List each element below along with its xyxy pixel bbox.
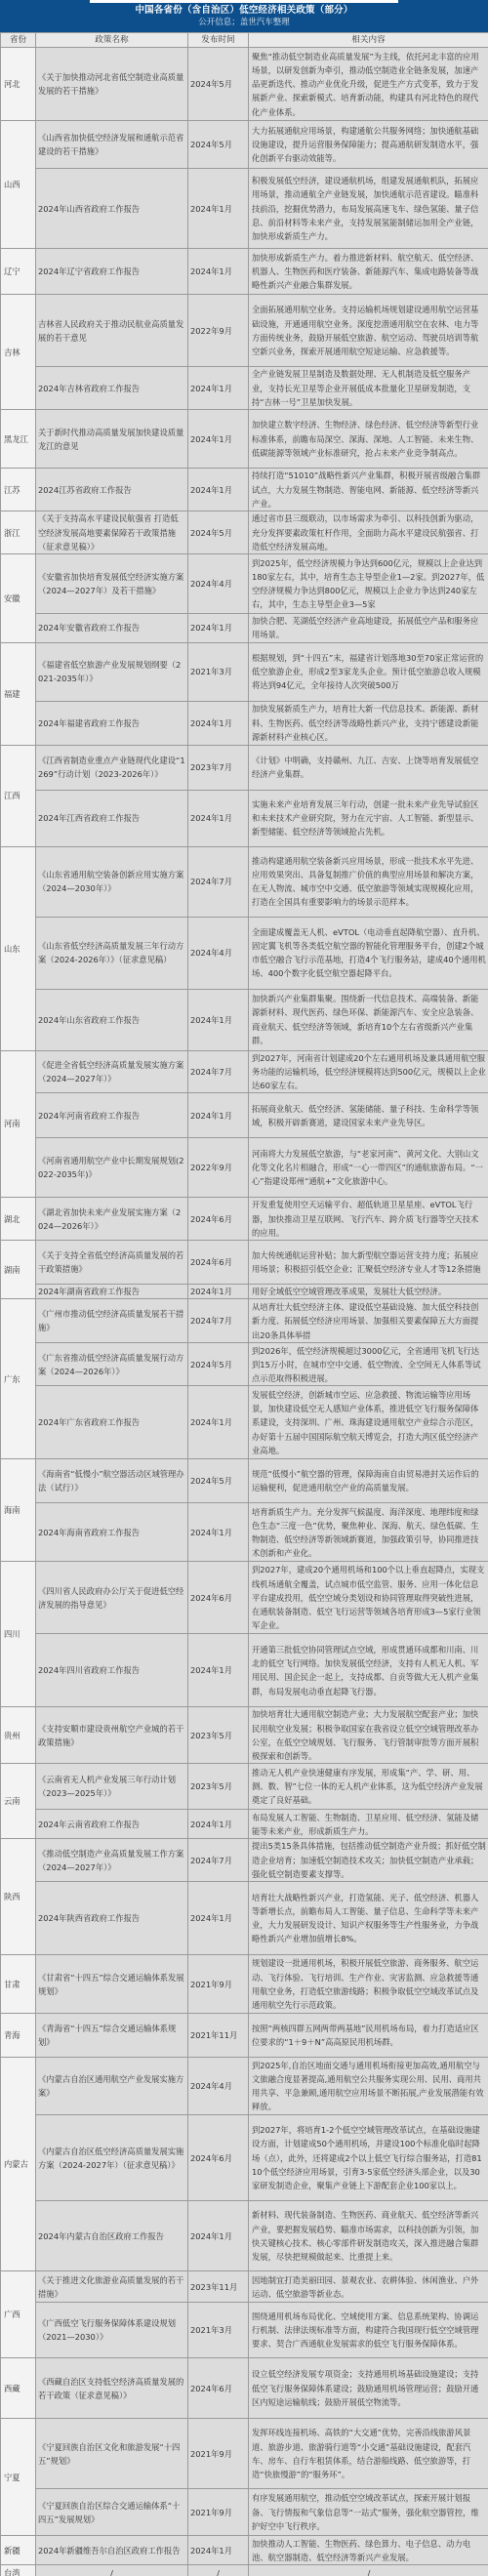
table-row: 2024年山东省政府工作报告2024年1月加快新兴产业集群集聚。围绕新一代信息技…	[1, 989, 488, 1050]
cell-date: 2024年7月	[188, 1050, 249, 1093]
cell-content: 推动无人机产业快速健康有序发展，形成集“产、学、研、用、测、数、智”七位一体的无…	[249, 1764, 488, 1810]
cell-policy: 2024年山西省政府工作报告	[36, 169, 188, 249]
table-row: 《内蒙古自治区低空经济高质量发展实施方案（2024-2027年）（征求意见稿）》…	[1, 2115, 488, 2201]
cell-province: 湖南	[1, 1241, 36, 1299]
cell-policy: 2024年四川省政府工作报告	[36, 1634, 188, 1707]
cell-date: 2024年4月	[188, 917, 249, 989]
table-row: 云南《云南省无人机产业发展三年行动计划（2023—2025年）》2023年5月推…	[1, 1764, 488, 1810]
table-row: 2024年湖南省政府工作报告2024年1月用好全域低空空域管理改革成果，发展壮大…	[1, 1285, 488, 1299]
table-row: 2024年福建省政府工作报告2024年1月加快发展新质生产力，培育壮大新一代信息…	[1, 701, 488, 745]
cell-policy: 2024年吉林省政府工作报告	[36, 367, 188, 410]
cell-date: 2024年1月	[188, 367, 249, 410]
cell-content: 到2026年，低空经济规模超过3000亿元，全省通用飞机飞行达到15万小时，在城…	[249, 1343, 488, 1386]
cell-policy: 2024年海南省政府工作报告	[36, 1503, 188, 1562]
cell-content: 通过省市县三级联动，以市场需求为牵引、以科技创新为驱动，充分发挥要素政策杠杆作用…	[249, 511, 488, 554]
cell-content: 开发重复使用空天运输平台、超低轨道卫星星座、eVTOL飞行器，加快推动卫星互联网…	[249, 1198, 488, 1241]
cell-province: 甘肃	[1, 1955, 36, 2014]
cell-policy: 《云南省无人机产业发展三年行动计划（2023—2025年）》	[36, 1764, 188, 1810]
cell-policy: 《广西低空飞行服务保障体系建设规划（2021—2030）》	[36, 2303, 188, 2358]
table-row: 广东《广州市推动低空经济高质量发展若干措施》2024年7月从培育壮大低空经济主体…	[1, 1299, 488, 1343]
cell-policy: 《关于支持全省低空经济高质量发展的若干政策措施》	[36, 1241, 188, 1285]
cell-content: /	[249, 2565, 488, 2576]
cell-date: 2024年1月	[188, 169, 249, 249]
cell-content: 加快合肥、芜湖低空经济产业高地建设，拓展低空产品和服务应用场景。	[249, 614, 488, 642]
table-row: 《宁夏回族自治区综合交通运输体系“十四五”发展规划》2021年9月有序发展通用航…	[1, 2489, 488, 2536]
cell-content: 全面建成覆盖无人机、eVTOL（电动垂直起降航空器）、直升机、固定翼飞机等各类低…	[249, 917, 488, 989]
cell-policy: 《湖北省加快未来产业发展实施方案（2024—2026年）》	[36, 1198, 188, 1241]
table-row: 广西《关于推进文化旅游业高质量发展的若干措施》2023年11月因地制宜打造美丽田…	[1, 2271, 488, 2303]
cell-date: 2022年9月	[188, 295, 249, 367]
cell-content: 实施未来产业培育发展三年行动，创建一批未来产业先导试验区和未来技术产业研究院，努…	[249, 790, 488, 846]
cell-policy: 2024年广东省政府工作报告	[36, 1386, 188, 1459]
cell-province: 海南	[1, 1459, 36, 1562]
cell-content: 围绕通用机场布局优化、空域使用方案、信息系统架构、协调运行机制、法律法规标准等方…	[249, 2303, 488, 2358]
cell-date: 2024年1月	[188, 2536, 249, 2565]
cell-province: 江苏	[1, 469, 36, 511]
cell-policy: 《关于支持高水平建设民航强省 打造低空经济发展高地要素保障若干政策措施（征求意见…	[36, 511, 188, 554]
cell-policy: 2024年山东省政府工作报告	[36, 989, 188, 1050]
cell-date: 2024年1月	[188, 410, 249, 469]
cell-policy: 2024年云南省政府工作报告	[36, 1810, 188, 1839]
cell-date: 2024年5月	[188, 48, 249, 121]
cell-date: 2024年7月	[188, 846, 249, 917]
cell-policy: 《福建省低空旅游产业发展规划纲要（2021-2035年）》	[36, 642, 188, 701]
cell-content: 拓展商业航天、低空经济、氢能储能、量子科技、生命科学等领域，积极开辟新赛道，建设…	[249, 1093, 488, 1138]
cell-content: 全面拓展通用航空业务。支持运输机场规划建设通用航空运营基础设施，开通通用航空业务…	[249, 295, 488, 367]
table-body: 河北《关于加快推动河北省低空制造业高质量发展的若干措施》2024年5月聚焦“推动…	[1, 48, 488, 2576]
table-row: 2024年四川省政府工作报告2024年1月开通第三批低空协同管理试点空域，形成贯…	[1, 1634, 488, 1707]
table-row: 福建《福建省低空旅游产业发展规划纲要（2021-2035年）》2021年3月根据…	[1, 642, 488, 701]
cell-date: 2024年1月	[188, 1285, 249, 1299]
cell-policy: 2024年新疆维吾尔自治区政府工作报告	[36, 2536, 188, 2565]
cell-province: 青海	[1, 2014, 36, 2058]
header-date: 发布时间	[188, 33, 249, 48]
cell-policy: 《促进全省低空经济高质量发展实施方案（2024—2027年）》	[36, 1050, 188, 1093]
cell-province: 河南	[1, 1050, 36, 1198]
cell-date: 2024年4月	[188, 554, 249, 614]
table-row: 《广东省推动低空经济高质量发展行动方案（2024—2026年）》2024年5月到…	[1, 1343, 488, 1386]
cell-province: 陕西	[1, 1839, 36, 1955]
cell-province: 浙江	[1, 511, 36, 554]
cell-policy: 《内蒙古自治区低空经济高质量发展实施方案（2024-2027年）（征求意见稿）》	[36, 2115, 188, 2201]
cell-province: 辽宁	[1, 249, 36, 295]
cell-content: 规范“低慢小”航空器的管理，保障海南自由贸易港封关运作后的运输便利，促进通用航空…	[249, 1459, 488, 1503]
cell-province: 山西	[1, 121, 36, 249]
cell-date: 2021年9月	[188, 1955, 249, 2014]
cell-province: 福建	[1, 642, 36, 745]
cell-date: 2021年9月	[188, 2419, 249, 2489]
table-row: 黑龙江关于新时代推动高质量发展加快建设质量龙江的意见2024年1月加快建立数字经…	[1, 410, 488, 469]
cell-policy: 吉林省人民政府关于推动民航业高质量发展的若干意见	[36, 295, 188, 367]
cell-policy: 《山东省通用航空装备创新应用实施方案（2024—2030年）》	[36, 846, 188, 917]
cell-policy: 《海南省“低慢小”航空器活动区域管理办法（试行）》	[36, 1459, 188, 1503]
cell-date: 2021年3月	[188, 642, 249, 701]
cell-date: 2024年1月	[188, 1810, 249, 1839]
cell-province: 广东	[1, 1299, 36, 1459]
cell-province: 湖北	[1, 1198, 36, 1241]
cell-policy: 2024年福建省政府工作报告	[36, 701, 188, 745]
cell-date: 2023年5月	[188, 1707, 249, 1764]
cell-content: 到2025年,自治区地面交通与通用机场衔接更加高效,通用航空与文旅融合度显著提高…	[249, 2058, 488, 2115]
cell-policy: 《广州市推动低空经济高质量发展若干措施》	[36, 1299, 188, 1343]
table-row: 江苏2024江苏省政府工作报告2024年1月持续打造“51010”战略性新兴产业…	[1, 469, 488, 511]
cell-policy: 《关于推进文化旅游业高质量发展的若干措施》	[36, 2271, 188, 2303]
table-row: 安徽《安徽省加快培育发展低空经济实施方案（2024—2027年）及若干措施》20…	[1, 554, 488, 614]
cell-date: 2024年1月	[188, 2201, 249, 2271]
cell-content: 规划建设一批通用机场，积极开展低空旅游、商务服务、航空运动、飞行体验、飞行培训、…	[249, 1955, 488, 2014]
table-row: 宁夏《宁夏回族自治区文化和旅游发展“十四五”规划》2021年9月发挥环线连接机场…	[1, 2419, 488, 2489]
header-row: 省份 政策名称 发布时间 相关内容	[1, 33, 488, 48]
cell-date: 2024年5月	[188, 1459, 249, 1503]
cell-policy: 《宁夏回族自治区综合交通运输体系“十四五”发展规划》	[36, 2489, 188, 2536]
cell-date: 2024年1月	[188, 989, 249, 1050]
cell-province: 广西	[1, 2271, 36, 2358]
cell-content: 提出5类15条具体措施，包括推动低空制造产业升级；抓好低空制造企业培育；加速低空…	[249, 1839, 488, 1882]
cell-content: 设立低空经济发展专项资金；支持通用机场基础设施建设；支持低空飞行服务保障体系建设…	[249, 2358, 488, 2419]
cell-province: 黑龙江	[1, 410, 36, 469]
table-row: 湖南《关于支持全省低空经济高质量发展的若干政策措施》2024年6月加大传统通航运…	[1, 1241, 488, 1285]
cell-date: 2022年9月	[188, 1138, 249, 1198]
cell-content: 河南将大力发展低空旅游，与“老家河南”、黄河文化、大别山文化等文化名片相融合，形…	[249, 1138, 488, 1198]
table-row: 青海《青海省“十四五”综合交通运输体系规划》2021年11月按照“两核四群五网两…	[1, 2014, 488, 2058]
cell-policy: 《支持安顺市建设贵州航空产业城的若干政策措施》	[36, 1707, 188, 1764]
cell-content: 发挥环线连接机场、高铁的“大交通”优势，完善沿线旅游风景道、旅游步道、旅游骑行道…	[249, 2419, 488, 2489]
cell-date: 2024年1月	[188, 1882, 249, 1955]
cell-policy: 《内蒙古自治区通用航空产业发展实施方案》	[36, 2058, 188, 2115]
cell-policy: 2024年湖南省政府工作报告	[36, 1285, 188, 1299]
cell-content: 根据规划，到“十四五”末，福建省计划落地30至70家正常运营的低空旅游企业，形成…	[249, 642, 488, 701]
cell-policy: 《西藏自治区支持低空经济高质量发展的若干政策（征求意见稿）》	[36, 2358, 188, 2419]
policy-table: 省份 政策名称 发布时间 相关内容 河北《关于加快推动河北省低空制造业高质量发展…	[0, 32, 488, 2576]
cell-content: 到2027年，将培育1-2个低空空域管理改革试点，在基础设施建设方面，计划建成5…	[249, 2115, 488, 2201]
cell-content: 有序发展通用航空，推动低空空域改革试点，探索开展计划报备、飞行情报和气象信息等“…	[249, 2489, 488, 2536]
cell-province: 安徽	[1, 554, 36, 642]
table-row: 《广西低空飞行服务保障体系建设规划（2021—2030）》2021年3月围绕通用…	[1, 2303, 488, 2358]
cell-date: 2024年1月	[188, 249, 249, 295]
cell-date: 2024年4月	[188, 2058, 249, 2115]
table-row: 西藏《西藏自治区支持低空经济高质量发展的若干政策（征求意见稿）》2024年6月设…	[1, 2358, 488, 2419]
cell-content: 加快建立数字经济、生物经济、绿色经济、低空经济等新型行业标准体系，前瞻布局深空、…	[249, 410, 488, 469]
cell-content: 用好全域低空空域管理改革成果，发展壮大低空经济。	[249, 1285, 488, 1299]
table-row: 贵州《支持安顺市建设贵州航空产业城的若干政策措施》2023年5月加快培育壮大通用…	[1, 1707, 488, 1764]
cell-content: 新材料、现代装备制造、生物医药、商业航天、低空经济等新兴产业，要把握发展趋势、瞄…	[249, 2201, 488, 2271]
cell-date: 2024年6月	[188, 2358, 249, 2419]
table-row: 2024年内蒙古自治区政府工作报告2024年1月新材料、现代装备制造、生物医药、…	[1, 2201, 488, 2271]
cell-content: 发展低空经济，创新城市空运、应急救援、物流运输等应用场景，加快建设低空无人感知产…	[249, 1386, 488, 1459]
cell-date: 2021年9月	[188, 2489, 249, 2536]
cell-date: 2024年7月	[188, 1299, 249, 1343]
cell-province: 内蒙古	[1, 2058, 36, 2271]
cell-content: 加快推动人工智能、生物医药、绿色算力、电子信息、动力电池、航空器制造、低空经济等…	[249, 2536, 488, 2565]
cell-date: /	[188, 2565, 249, 2576]
cell-date: 2024年7月	[188, 1839, 249, 1882]
table-row: 2024年河南省政府工作报告2024年1月拓展商业航天、低空经济、氢能储能、量子…	[1, 1093, 488, 1138]
cell-province: 江西	[1, 745, 36, 846]
cell-policy: 《江西省制造业重点产业链现代化建设“1269”行动计划（2023-2026年）》	[36, 745, 188, 790]
table-row: 甘肃《甘肃省“十四五”综合交通运输体系发展规划》2021年9月规划建设一批通用机…	[1, 1955, 488, 2014]
cell-policy: 《四川省人民政府办公厅关于促进低空经济发展的指导意见》	[36, 1562, 188, 1634]
cell-date: 2024年1月	[188, 1386, 249, 1459]
cell-province: 新疆	[1, 2536, 36, 2565]
table-row: 台湾///	[1, 2565, 488, 2576]
header-content: 相关内容	[249, 33, 488, 48]
table-row: 2024年云南省政府工作报告2024年1月布局发展人工智能、生物制造、卫星应用、…	[1, 1810, 488, 1839]
cell-policy: 关于新时代推动高质量发展加快建设质量龙江的意见	[36, 410, 188, 469]
cell-policy: 《推动低空制造产业高质量发展工作方案（2024—2027年）》	[36, 1839, 188, 1882]
table-row: 河南《促进全省低空经济高质量发展实施方案（2024—2027年）》2024年7月…	[1, 1050, 488, 1093]
cell-policy: 《宁夏回族自治区文化和旅游发展“十四五”规划》	[36, 2419, 188, 2489]
table-row: 山东《山东省通用航空装备创新应用实施方案（2024—2030年）》2024年7月…	[1, 846, 488, 917]
cell-content: 加快培育壮大通用航空制造产业；大力发展航空配套产业；加快民用航空业发展；积极争取…	[249, 1707, 488, 1764]
cell-date: 2023年5月	[188, 1764, 249, 1810]
table-row: 山西《山西省加快低空经济发展和通航示范省建设的若干措施》2024年5月大力拓展通…	[1, 121, 488, 169]
table-row: 2024年陕西省政府工作报告2024年1月培育壮大战略性新兴产业，打造氢能、光子…	[1, 1882, 488, 1955]
cell-province: 山东	[1, 846, 36, 1050]
cell-content: 按照“两核四群五网两带两基地”民用机场布局，着力打造适应区位要求的“1＋9＋N”…	[249, 2014, 488, 2058]
table-row: 新疆2024年新疆维吾尔自治区政府工作报告2024年1月加快推动人工智能、生物医…	[1, 2536, 488, 2565]
table-row: 江西《江西省制造业重点产业链现代化建设“1269”行动计划（2023-2026年…	[1, 745, 488, 790]
cell-date: 2024年5月	[188, 511, 249, 554]
cell-date: 2023年11月	[188, 2271, 249, 2303]
cell-date: 2024年1月	[188, 1503, 249, 1562]
cell-date: 2024年1月	[188, 701, 249, 745]
cell-policy: 2024年陕西省政府工作报告	[36, 1882, 188, 1955]
cell-policy: 《河南省通用航空产业中长期发展规划(2022-2035年)》	[36, 1138, 188, 1198]
cell-content: 布局发展人工智能、生物制造、卫星应用、低空经济、氢能及储能等未来产业，形成新质生…	[249, 1810, 488, 1839]
table-row: 四川《四川省人民政府办公厅关于促进低空经济发展的指导意见》2024年6月到202…	[1, 1562, 488, 1634]
table-row: 陕西《推动低空制造产业高质量发展工作方案（2024—2027年）》2024年7月…	[1, 1839, 488, 1882]
cell-date: 2021年3月	[188, 2303, 249, 2358]
cell-content: 加快新兴产业集群集聚。围绕新一代信息技术、高端装备、新能源新材料、现代医药、绿色…	[249, 989, 488, 1050]
cell-date: 2024年5月	[188, 1343, 249, 1386]
cell-policy: 2024年内蒙古自治区政府工作报告	[36, 2201, 188, 2271]
table-row: 2024年安徽省政府工作报告2024年1月加快合肥、芜湖低空经济产业高地建设，拓…	[1, 614, 488, 642]
cell-date: 2024年6月	[188, 1562, 249, 1634]
table-row: 湖北《湖北省加快未来产业发展实施方案（2024—2026年）》2024年6月开发…	[1, 1198, 488, 1241]
cell-policy: 《甘肃省“十四五”综合交通运输体系发展规划》	[36, 1955, 188, 2014]
cell-content: 到2027年，建成20个通用机场和100个以上垂直起降点，实现支线机场通航全覆盖…	[249, 1562, 488, 1634]
cell-date: 2024年1月	[188, 790, 249, 846]
cell-content: 从培育壮大低空经济主体、建设低空基础设施、加大低空科技创新力度、拓展低空经济应用…	[249, 1299, 488, 1343]
cell-date: 2024年6月	[188, 2115, 249, 2201]
cell-policy: 2024年河南省政府工作报告	[36, 1093, 188, 1138]
cell-policy: 2024年安徽省政府工作报告	[36, 614, 188, 642]
cell-content: 培育新质生产力。充分发挥气候温度、海洋深度、地理纬度和绿色生态“三度一色”优势，…	[249, 1503, 488, 1562]
cell-content: 《计划》中明确，支持赣州、九江、吉安、上饶等培育发展低空经济产业集群。	[249, 745, 488, 790]
cell-policy: 2024年辽宁省政府工作报告	[36, 249, 188, 295]
cell-province: 贵州	[1, 1707, 36, 1764]
cell-date: 2024年1月	[188, 1093, 249, 1138]
cell-province: 云南	[1, 1764, 36, 1839]
cell-date: 2024年1月	[188, 1634, 249, 1707]
cell-content: 加大传统通航运营补贴；加大新型航空器运营支持力度；拓展应用场景；积极招引低空企业…	[249, 1241, 488, 1285]
cell-content: 到2025年，低空经济规模力争达到600亿元，规模以上企业达到180家左右，其中…	[249, 554, 488, 614]
cell-policy: 2024江苏省政府工作报告	[36, 469, 188, 511]
cell-policy: 《关于加快推动河北省低空制造业高质量发展的若干措施》	[36, 48, 188, 121]
cell-policy: 《山东省低空经济高质量发展三年行动方案（2024-2026年）》（征求意见稿）	[36, 917, 188, 989]
table-row: 2024年吉林省政府工作报告2024年1月全产业链发展卫星制造及数据处理、无人机…	[1, 367, 488, 410]
cell-content: 全产业链发展卫星制造及数据处理、无人机制造及低空服务产业，支持长光卫星等企业开展…	[249, 367, 488, 410]
table-row: 2024年江西省政府工作报告2024年1月实施未来产业培育发展三年行动，创建一批…	[1, 790, 488, 846]
table-row: 2024年广东省政府工作报告2024年1月发展低空经济，创新城市空运、应急救援、…	[1, 1386, 488, 1459]
cell-content: 开通第三批低空协同管理试点空域，形成贯通环成都和川南、川北的低空飞行网络。加快发…	[249, 1634, 488, 1707]
table-row: 河北《关于加快推动河北省低空制造业高质量发展的若干措施》2024年5月聚焦“推动…	[1, 48, 488, 121]
cell-date: 2021年11月	[188, 2014, 249, 2058]
cell-content: 积极发展低空经济，建设通航机场，组建发展通航机队，拓展应用场景，推动通航全产业链…	[249, 169, 488, 249]
cell-province: 河北	[1, 48, 36, 121]
cell-province: 四川	[1, 1562, 36, 1707]
table-row: 海南《海南省“低慢小”航空器活动区域管理办法（试行）》2024年5月规范“低慢小…	[1, 1459, 488, 1503]
table-row: 吉林吉林省人民政府关于推动民航业高质量发展的若干意见2022年9月全面拓展通用航…	[1, 295, 488, 367]
cell-policy: 《安徽省加快培育发展低空经济实施方案（2024—2027年）及若干措施》	[36, 554, 188, 614]
cell-province: 宁夏	[1, 2419, 36, 2536]
cell-date: 2023年7月	[188, 745, 249, 790]
cell-content: 到2027年，河南省计划建成20个左右通用机场及兼具通用航空服务功能的运输机场，…	[249, 1050, 488, 1093]
cell-content: 加快形成新质生产力。着力推进新材料、航空航天、低空经济、机器人、生物医药和医疗装…	[249, 249, 488, 295]
cell-policy: /	[36, 2565, 188, 2576]
table-row: 辽宁2024年辽宁省政府工作报告2024年1月加快形成新质生产力。着力推进新材料…	[1, 249, 488, 295]
cell-date: 2024年5月	[188, 121, 249, 169]
cell-policy: 《广东省推动低空经济高质量发展行动方案（2024—2026年）》	[36, 1343, 188, 1386]
cell-content: 培育壮大战略性新兴产业，打造氢能、光子、低空经济、机器人等新增长点，前瞻布局人工…	[249, 1882, 488, 1955]
cell-content: 加快发展新质生产力，培育壮大新一代信息技术、新能源、新材料、生物医药、低空经济等…	[249, 701, 488, 745]
cell-province: 西藏	[1, 2358, 36, 2419]
cell-province: 台湾	[1, 2565, 36, 2576]
cell-content: 大力拓展通航应用场景，构建通航公共服务网络；加快通航基础设施建设，提升运营服务保…	[249, 121, 488, 169]
cell-province: 吉林	[1, 295, 36, 410]
header-province: 省份	[1, 33, 36, 48]
table-source: 公开信息；盖世汽车整理	[0, 17, 488, 29]
header-policy: 政策名称	[36, 33, 188, 48]
cell-date: 2024年6月	[188, 1241, 249, 1285]
table-row: 《河南省通用航空产业中长期发展规划(2022-2035年)》2022年9月河南将…	[1, 1138, 488, 1198]
table-row: 内蒙古《内蒙古自治区通用航空产业发展实施方案》2024年4月到2025年,自治区…	[1, 2058, 488, 2115]
cell-date: 2024年6月	[188, 1198, 249, 1241]
table-row: 2024年山西省政府工作报告2024年1月积极发展低空经济，建设通航机场，组建发…	[1, 169, 488, 249]
table-row: 浙江《关于支持高水平建设民航强省 打造低空经济发展高地要素保障若干政策措施（征求…	[1, 511, 488, 554]
cell-content: 聚焦“推动低空制造业高质量发展”为主线，依托河北丰富的应用场景，以研发创新为牵引…	[249, 48, 488, 121]
cell-policy: 《山西省加快低空经济发展和通航示范省建设的若干措施》	[36, 121, 188, 169]
cell-date: 2024年1月	[188, 614, 249, 642]
table-row: 《山东省低空经济高质量发展三年行动方案（2024-2026年）》（征求意见稿）2…	[1, 917, 488, 989]
top-notch	[90, 0, 398, 3]
cell-date: 2024年1月	[188, 469, 249, 511]
cell-policy: 《青海省“十四五”综合交通运输体系规划》	[36, 2014, 188, 2058]
title-bar: 中国各省份（含自治区）低空经济相关政策（部分） 公开信息；盖世汽车整理	[0, 0, 488, 32]
cell-policy: 2024年江西省政府工作报告	[36, 790, 188, 846]
cell-content: 因地制宜打造美丽田园、景观农业、农耕体验、休闲渔业、户外运动、低空旅游等新业态。	[249, 2271, 488, 2303]
cell-content: 持续打造“51010”战略性新兴产业集群，积极开展省级融合集群试点，大力发展生物…	[249, 469, 488, 511]
table-row: 2024年海南省政府工作报告2024年1月培育新质生产力。充分发挥气候温度、海洋…	[1, 1503, 488, 1562]
cell-content: 推动构建通用航空装备新兴应用场景，形成一批技术水平先进、应用效果突出、具备复制推…	[249, 846, 488, 917]
